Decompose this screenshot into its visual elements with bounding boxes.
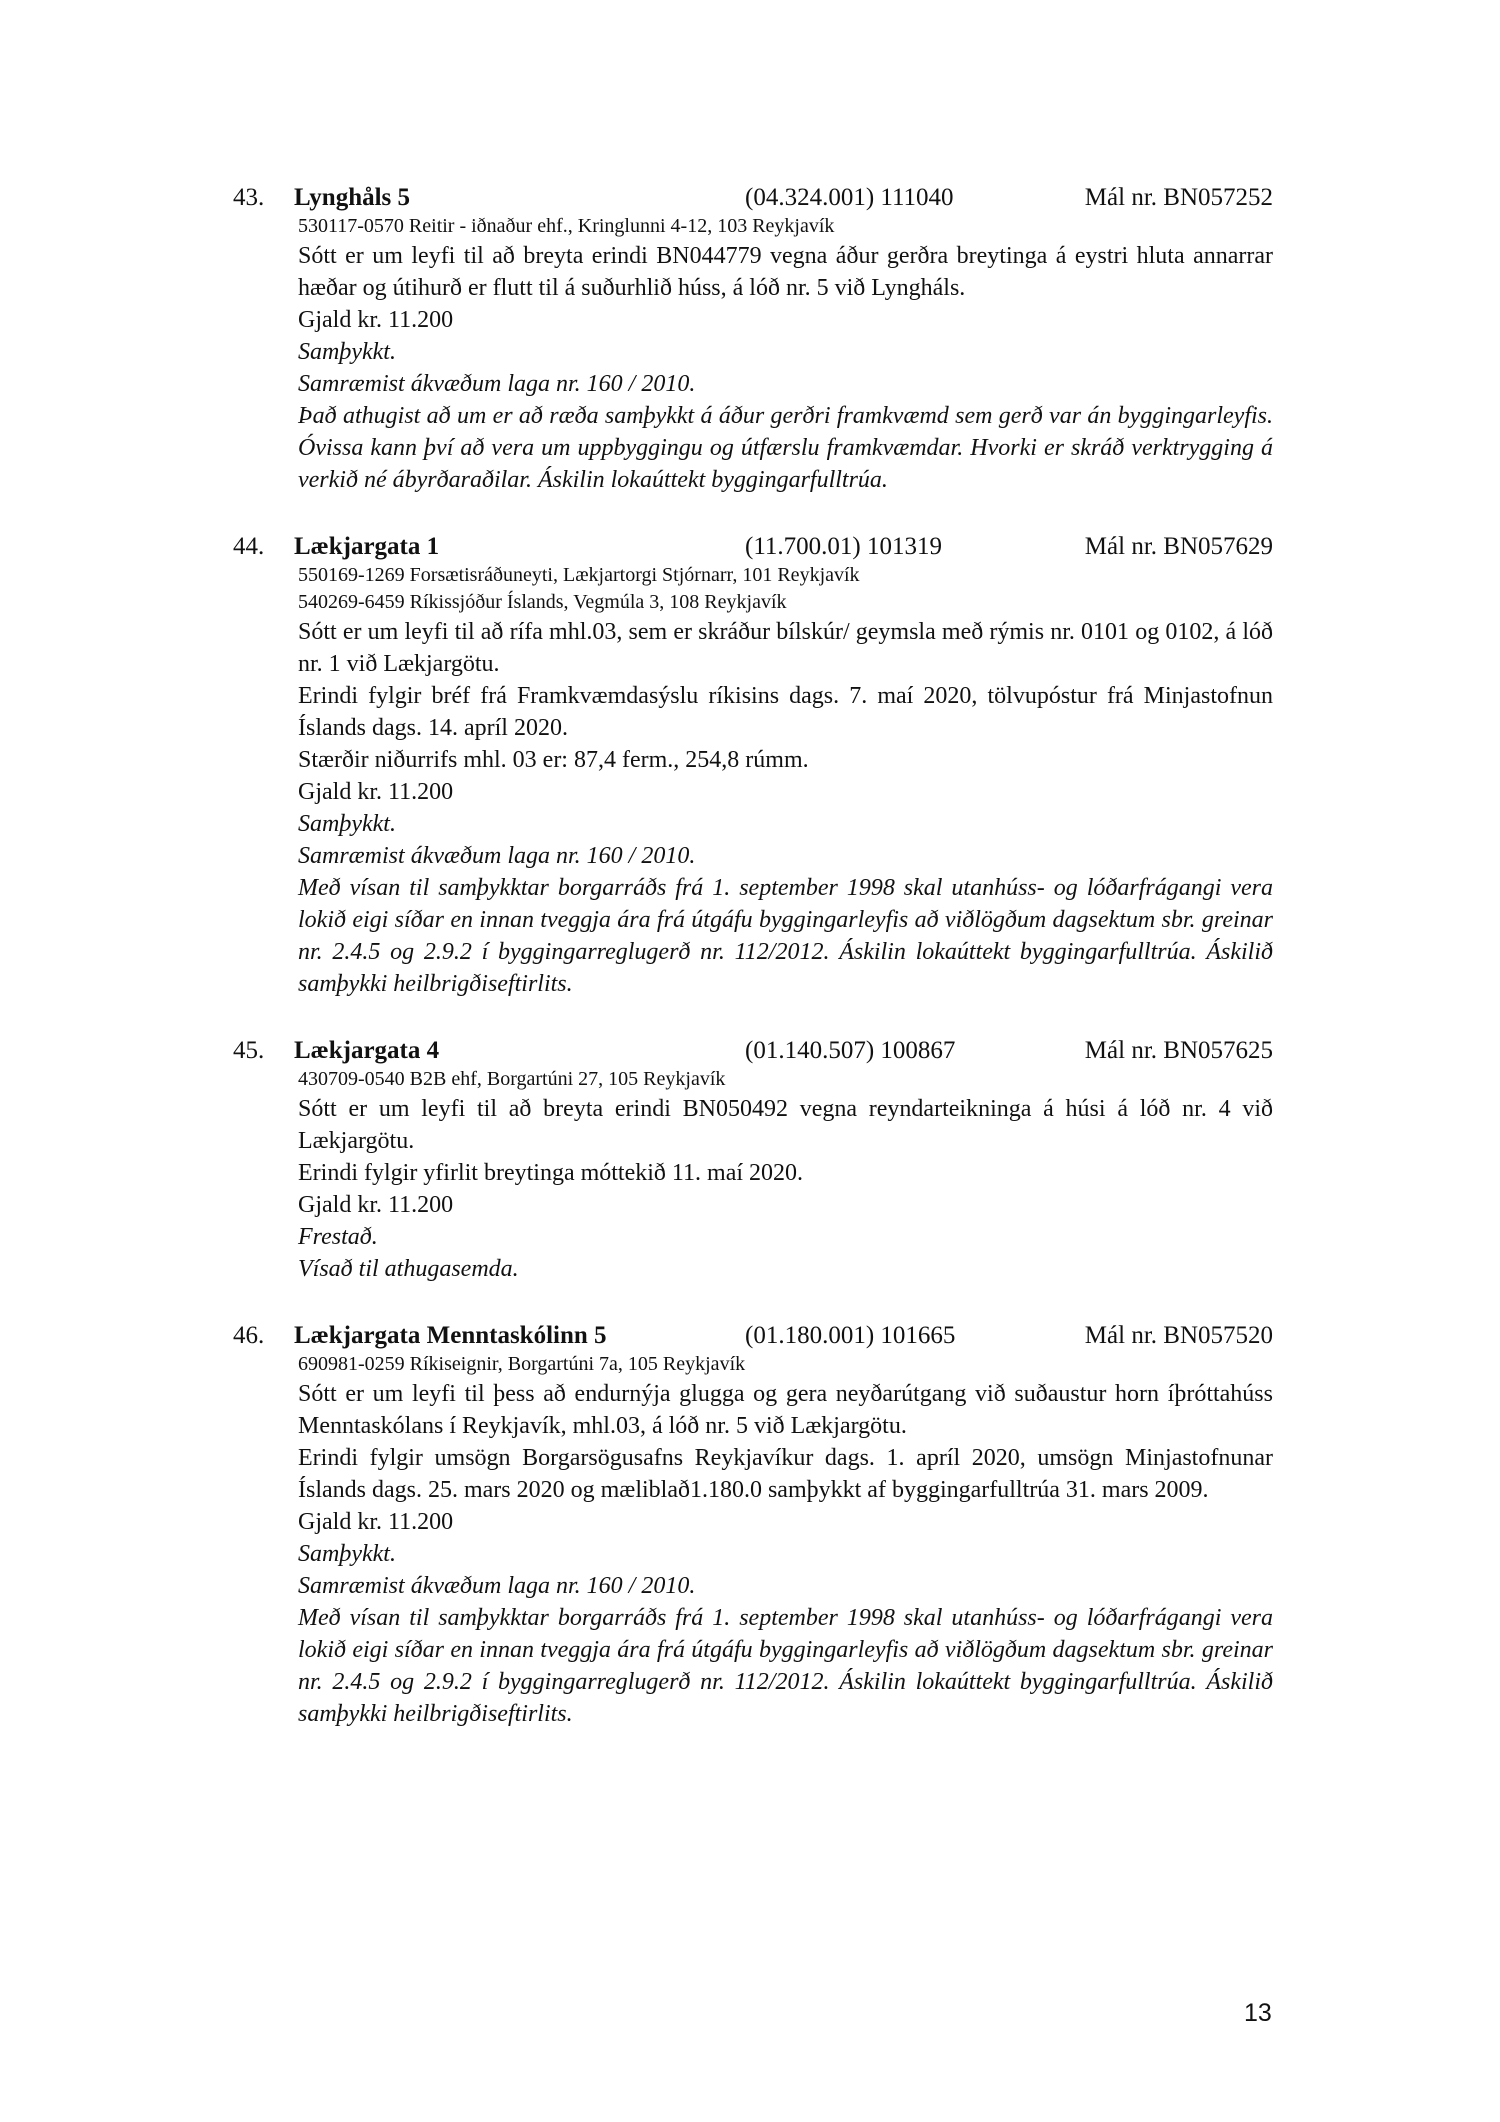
item-number: 43. (233, 183, 264, 213)
document-page: 43. Lynghåls 5 (04.324.001) 111040 Mál n… (0, 0, 1500, 2122)
item-land-number: (01.140.507) 100867 (745, 1036, 955, 1066)
decision-text: Með vísan til samþykktar borgarráðs frá … (298, 1602, 1273, 1730)
decision-text: Samþykkt. (298, 1538, 1273, 1570)
description-text: Erindi fylgir umsögn Borgarsögusafns Rey… (298, 1442, 1273, 1506)
item-case-number: Mál nr. BN057629 (1085, 532, 1273, 562)
item-number: 44. (233, 532, 264, 562)
item-header: 45. Lækjargata 4 (01.140.507) 100867 Mál… (233, 1036, 1273, 1066)
decision-text: Vísað til athugasemda. (298, 1253, 1273, 1285)
applicant-line: 430709-0540 B2B ehf, Borgartúni 27, 105 … (298, 1066, 1273, 1093)
item-body: 690981-0259 Ríkiseignir, Borgartúni 7a, … (298, 1351, 1273, 1730)
item-header: 44. Lækjargata 1 (11.700.01) 101319 Mál … (233, 532, 1273, 562)
item-land-number: (11.700.01) 101319 (745, 532, 942, 562)
item-body: 550169-1269 Forsætisráðuneyti, Lækjartor… (298, 562, 1273, 1000)
item-address-title: Lækjargata 4 (294, 1036, 439, 1066)
decision-text: Samræmist ákvæðum laga nr. 160 / 2010. (298, 1570, 1273, 1602)
item-address-title: Lækjargata Menntaskólinn 5 (294, 1321, 607, 1351)
applicant-list: 430709-0540 B2B ehf, Borgartúni 27, 105 … (298, 1066, 1273, 1093)
description-text: Gjald kr. 11.200 (298, 1506, 1273, 1538)
applicant-line: 530117-0570 Reitir - iðnaður ehf., Kring… (298, 213, 1273, 240)
item-header: 46. Lækjargata Menntaskólinn 5 (01.180.0… (233, 1321, 1273, 1351)
item-land-number: (04.324.001) 111040 (745, 183, 954, 213)
minutes-item: 44. Lækjargata 1 (11.700.01) 101319 Mál … (233, 532, 1273, 1000)
minutes-item: 46. Lækjargata Menntaskólinn 5 (01.180.0… (233, 1321, 1273, 1730)
paragraph-list: Sótt er um leyfi til að breyta erindi BN… (298, 1093, 1273, 1285)
description-text: Gjald kr. 11.200 (298, 1189, 1273, 1221)
item-land-number: (01.180.001) 101665 (745, 1321, 955, 1351)
decision-text: Það athugist að um er að ræða samþykkt á… (298, 400, 1273, 496)
decision-text: Með vísan til samþykktar borgarráðs frá … (298, 872, 1273, 1000)
item-address-title: Lynghåls 5 (294, 183, 410, 213)
item-case-number: Mál nr. BN057520 (1085, 1321, 1273, 1351)
decision-text: Samþykkt. (298, 336, 1273, 368)
paragraph-list: Sótt er um leyfi til að breyta erindi BN… (298, 240, 1273, 496)
paragraph-list: Sótt er um leyfi til að rífa mhl.03, sem… (298, 616, 1273, 1000)
item-case-number: Mál nr. BN057625 (1085, 1036, 1273, 1066)
description-text: Stærðir niðurrifs mhl. 03 er: 87,4 ferm.… (298, 744, 1273, 776)
applicant-line: 550169-1269 Forsætisráðuneyti, Lækjartor… (298, 562, 1273, 589)
description-text: Sótt er um leyfi til þess að endurnýja g… (298, 1378, 1273, 1442)
decision-text: Samþykkt. (298, 808, 1273, 840)
description-text: Erindi fylgir bréf frá Framkvæmdasýslu r… (298, 680, 1273, 744)
applicant-line: 540269-6459 Ríkissjóður Íslands, Vegmúla… (298, 589, 1273, 616)
paragraph-list: Sótt er um leyfi til þess að endurnýja g… (298, 1378, 1273, 1730)
page-number: 13 (1244, 1998, 1272, 2028)
minutes-item-list: 43. Lynghåls 5 (04.324.001) 111040 Mál n… (233, 183, 1273, 1766)
description-text: Sótt er um leyfi til að rífa mhl.03, sem… (298, 616, 1273, 680)
decision-text: Samræmist ákvæðum laga nr. 160 / 2010. (298, 840, 1273, 872)
applicant-line: 690981-0259 Ríkiseignir, Borgartúni 7a, … (298, 1351, 1273, 1378)
minutes-item: 43. Lynghåls 5 (04.324.001) 111040 Mál n… (233, 183, 1273, 496)
item-header: 43. Lynghåls 5 (04.324.001) 111040 Mál n… (233, 183, 1273, 213)
item-body: 530117-0570 Reitir - iðnaður ehf., Kring… (298, 213, 1273, 496)
item-case-number: Mál nr. BN057252 (1085, 183, 1273, 213)
minutes-item: 45. Lækjargata 4 (01.140.507) 100867 Mál… (233, 1036, 1273, 1285)
applicant-list: 690981-0259 Ríkiseignir, Borgartúni 7a, … (298, 1351, 1273, 1378)
item-number: 46. (233, 1321, 264, 1351)
description-text: Sótt er um leyfi til að breyta erindi BN… (298, 1093, 1273, 1157)
applicant-list: 530117-0570 Reitir - iðnaður ehf., Kring… (298, 213, 1273, 240)
description-text: Sótt er um leyfi til að breyta erindi BN… (298, 240, 1273, 304)
description-text: Erindi fylgir yfirlit breytinga móttekið… (298, 1157, 1273, 1189)
description-text: Gjald kr. 11.200 (298, 776, 1273, 808)
applicant-list: 550169-1269 Forsætisráðuneyti, Lækjartor… (298, 562, 1273, 616)
item-number: 45. (233, 1036, 264, 1066)
description-text: Gjald kr. 11.200 (298, 304, 1273, 336)
item-body: 430709-0540 B2B ehf, Borgartúni 27, 105 … (298, 1066, 1273, 1285)
item-address-title: Lækjargata 1 (294, 532, 439, 562)
decision-text: Samræmist ákvæðum laga nr. 160 / 2010. (298, 368, 1273, 400)
decision-text: Frestað. (298, 1221, 1273, 1253)
